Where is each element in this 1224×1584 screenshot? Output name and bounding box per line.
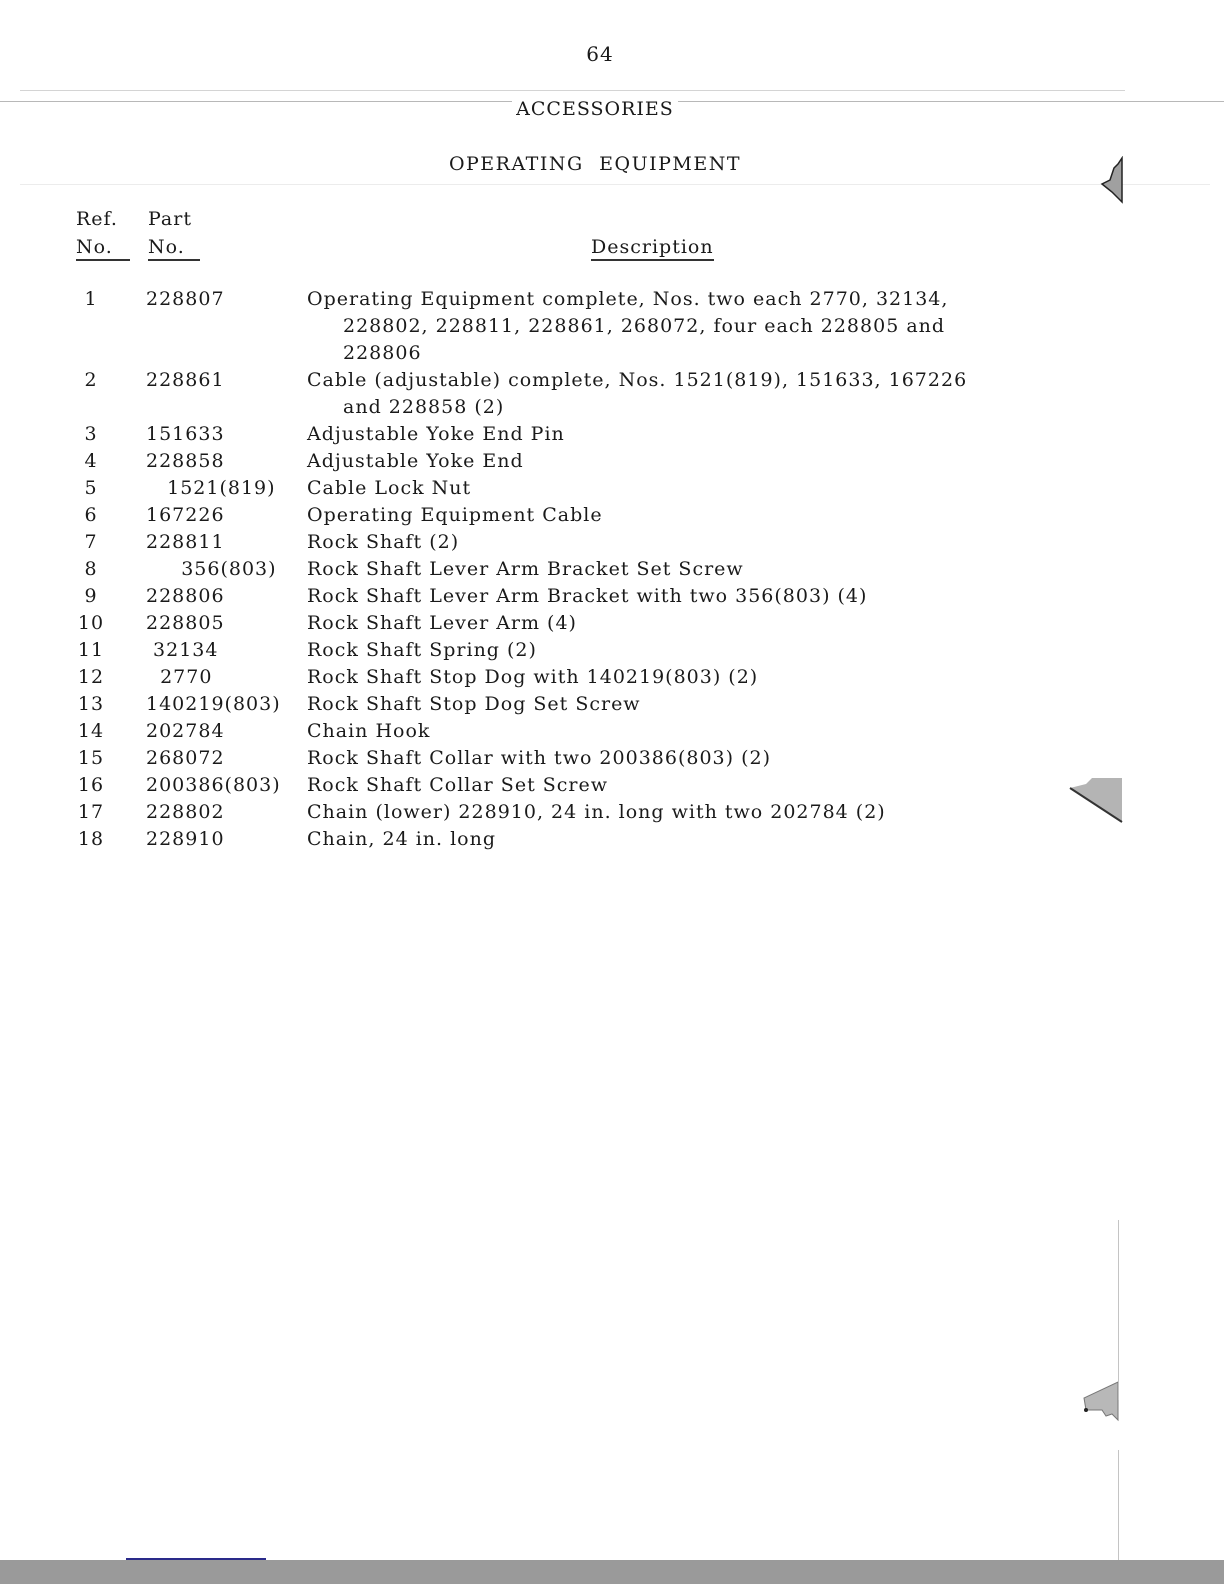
ref-number: 10	[76, 610, 106, 637]
part-number: 228858	[146, 448, 286, 475]
part-description: Cable (adjustable) complete, Nos. 1521(8…	[307, 367, 1067, 421]
table-row: 17228802Chain (lower) 228910, 24 in. lon…	[0, 799, 1224, 826]
part-description: Rock Shaft Lever Arm (4)	[307, 610, 1067, 637]
header-part-line1: Part	[148, 205, 200, 233]
table-row: 18228910Chain, 24 in. long	[0, 826, 1224, 853]
header-part-no: Part No.	[148, 205, 200, 261]
ref-number: 4	[76, 448, 106, 475]
ref-number: 3	[76, 421, 106, 448]
description-line: 228802, 228811, 228861, 268072, four eac…	[307, 313, 1067, 340]
part-number: 228910	[146, 826, 286, 853]
part-number: 228806	[146, 583, 286, 610]
part-description: Chain Hook	[307, 718, 1067, 745]
part-description: Adjustable Yoke End	[307, 448, 1067, 475]
header-description: Description	[591, 233, 714, 261]
header-description-text: Description	[591, 235, 714, 261]
part-description: Adjustable Yoke End Pin	[307, 421, 1067, 448]
description-line: Rock Shaft Lever Arm (4)	[307, 610, 1067, 637]
description-line: Chain, 24 in. long	[307, 826, 1067, 853]
description-line: Chain (lower) 228910, 24 in. long with t…	[307, 799, 1067, 826]
description-line: Cable (adjustable) complete, Nos. 1521(8…	[307, 367, 1067, 394]
table-row: 6167226Operating Equipment Cable	[0, 502, 1224, 529]
ref-number: 18	[76, 826, 106, 853]
table-row: 4228858Adjustable Yoke End	[0, 448, 1224, 475]
part-number: 202784	[146, 718, 286, 745]
part-description: Rock Shaft (2)	[307, 529, 1067, 556]
description-line: Rock Shaft Collar with two 200386(803) (…	[307, 745, 1067, 772]
page-number: 64	[0, 42, 1200, 66]
table-row: 1228807Operating Equipment complete, Nos…	[0, 286, 1224, 367]
table-row: 12 2770Rock Shaft Stop Dog with 140219(8…	[0, 664, 1224, 691]
part-number: 200386(803)	[146, 772, 286, 799]
part-description: Cable Lock Nut	[307, 475, 1067, 502]
table-row: 9228806Rock Shaft Lever Arm Bracket with…	[0, 583, 1224, 610]
description-line: Rock Shaft Collar Set Screw	[307, 772, 1067, 799]
description-line: Rock Shaft (2)	[307, 529, 1067, 556]
section-title: ACCESSORIES	[0, 98, 1190, 120]
part-description: Rock Shaft Stop Dog with 140219(803) (2)	[307, 664, 1067, 691]
ref-number: 8	[76, 556, 106, 583]
part-number: 228802	[146, 799, 286, 826]
ref-number: 17	[76, 799, 106, 826]
ref-number: 13	[76, 691, 106, 718]
ref-number: 6	[76, 502, 106, 529]
description-line: Rock Shaft Lever Arm Bracket Set Screw	[307, 556, 1067, 583]
ref-number: 1	[76, 286, 106, 313]
description-line: Rock Shaft Stop Dog Set Screw	[307, 691, 1067, 718]
part-number: 151633	[146, 421, 286, 448]
page-tab-mark-icon	[1068, 776, 1126, 826]
description-line: Adjustable Yoke End Pin	[307, 421, 1067, 448]
table-row: 8 356(803)Rock Shaft Lever Arm Bracket S…	[0, 556, 1224, 583]
part-number: 140219(803)	[146, 691, 286, 718]
part-description: Rock Shaft Lever Arm Bracket with two 35…	[307, 583, 1067, 610]
description-line: Rock Shaft Stop Dog with 140219(803) (2)	[307, 664, 1067, 691]
ref-number: 12	[76, 664, 106, 691]
description-line: Rock Shaft Lever Arm Bracket with two 35…	[307, 583, 1067, 610]
page-edge-line	[1118, 1450, 1119, 1560]
scan-rule	[20, 184, 1210, 185]
description-line: and 228858 (2)	[307, 394, 1067, 421]
table-row: 5 1521(819)Cable Lock Nut	[0, 475, 1224, 502]
table-row: 2228861Cable (adjustable) complete, Nos.…	[0, 367, 1224, 421]
part-number: 1521(819)	[146, 475, 286, 502]
part-description: Rock Shaft Lever Arm Bracket Set Screw	[307, 556, 1067, 583]
header-ref-no: Ref. No.	[76, 205, 130, 261]
scan-rule	[20, 90, 1125, 91]
part-number: 228811	[146, 529, 286, 556]
header-ref-line2: No.	[76, 235, 130, 261]
part-number: 228805	[146, 610, 286, 637]
description-line: Cable Lock Nut	[307, 475, 1067, 502]
description-line: Operating Equipment Cable	[307, 502, 1067, 529]
part-description: Rock Shaft Spring (2)	[307, 637, 1067, 664]
part-number: 2770	[146, 664, 286, 691]
ref-number: 7	[76, 529, 106, 556]
subsection-title: OPERATING EQUIPMENT	[0, 153, 1190, 175]
page-bottom-edge	[0, 1560, 1224, 1584]
part-description: Operating Equipment complete, Nos. two e…	[307, 286, 1067, 367]
page-edge-line	[1118, 1220, 1119, 1400]
table-row: 11 32134Rock Shaft Spring (2)	[0, 637, 1224, 664]
description-line: 228806	[307, 340, 1067, 367]
table-row: 13140219(803)Rock Shaft Stop Dog Set Scr…	[0, 691, 1224, 718]
part-description: Rock Shaft Stop Dog Set Screw	[307, 691, 1067, 718]
bottom-link-mark	[126, 1558, 266, 1560]
description-line: Rock Shaft Spring (2)	[307, 637, 1067, 664]
description-line: Adjustable Yoke End	[307, 448, 1067, 475]
part-number: 268072	[146, 745, 286, 772]
table-row: 15268072Rock Shaft Collar with two 20038…	[0, 745, 1224, 772]
part-description: Rock Shaft Collar with two 200386(803) (…	[307, 745, 1067, 772]
header-ref-line1: Ref.	[76, 205, 130, 233]
part-number: 228807	[146, 286, 286, 313]
section-title-text: ACCESSORIES	[512, 98, 678, 120]
ref-number: 11	[76, 637, 106, 664]
part-description: Chain, 24 in. long	[307, 826, 1067, 853]
ref-number: 15	[76, 745, 106, 772]
table-row: 14202784Chain Hook	[0, 718, 1224, 745]
ref-number: 16	[76, 772, 106, 799]
ref-number: 9	[76, 583, 106, 610]
part-description: Rock Shaft Collar Set Screw	[307, 772, 1067, 799]
table-row: 7228811Rock Shaft (2)	[0, 529, 1224, 556]
part-number: 167226	[146, 502, 286, 529]
description-line: Operating Equipment complete, Nos. two e…	[307, 286, 1067, 313]
table-row: 10228805Rock Shaft Lever Arm (4)	[0, 610, 1224, 637]
ref-number: 5	[76, 475, 106, 502]
table-row: 16200386(803)Rock Shaft Collar Set Screw	[0, 772, 1224, 799]
part-number: 228861	[146, 367, 286, 394]
page-tab-mark-icon	[1098, 156, 1126, 204]
parts-table: 1228807Operating Equipment complete, Nos…	[0, 286, 1224, 853]
part-description: Chain (lower) 228910, 24 in. long with t…	[307, 799, 1067, 826]
part-number: 32134	[146, 637, 286, 664]
header-part-line2: No.	[148, 235, 200, 261]
page-tab-mark-icon	[1080, 1380, 1122, 1432]
part-description: Operating Equipment Cable	[307, 502, 1067, 529]
part-number: 356(803)	[146, 556, 286, 583]
description-line: Chain Hook	[307, 718, 1067, 745]
table-row: 3151633Adjustable Yoke End Pin	[0, 421, 1224, 448]
ref-number: 2	[76, 367, 106, 394]
ref-number: 14	[76, 718, 106, 745]
